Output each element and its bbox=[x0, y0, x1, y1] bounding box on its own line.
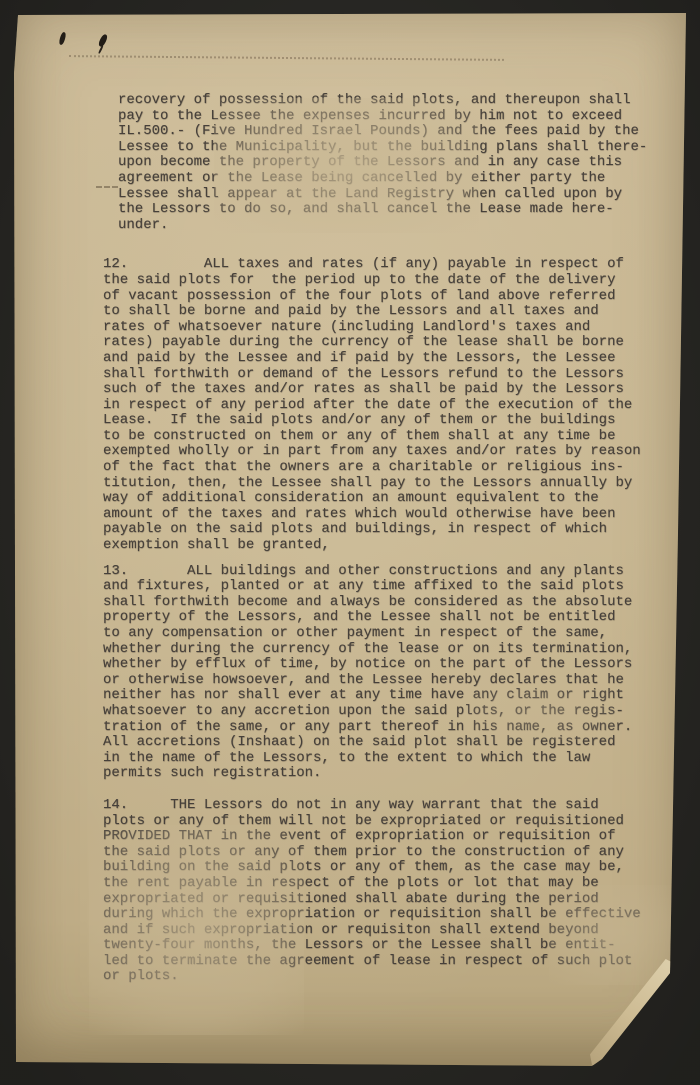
scan-background: recovery of possession of the said plots… bbox=[0, 0, 700, 1085]
document-page: recovery of possession of the said plots… bbox=[14, 13, 686, 1066]
clause-13: 13. ALL buildings and other construction… bbox=[103, 564, 660, 782]
paragraph-continuation: recovery of possession of the said plots… bbox=[103, 93, 660, 233]
document-text: recovery of possession of the said plots… bbox=[103, 93, 660, 985]
staple-mark bbox=[97, 33, 108, 47]
staple-mark bbox=[58, 32, 66, 46]
clause-12: 12. ALL taxes and rates (if any) payable… bbox=[103, 257, 660, 553]
clause-14: 14. THE Lessors do not in any way warran… bbox=[103, 798, 660, 985]
crease-line bbox=[69, 55, 504, 61]
